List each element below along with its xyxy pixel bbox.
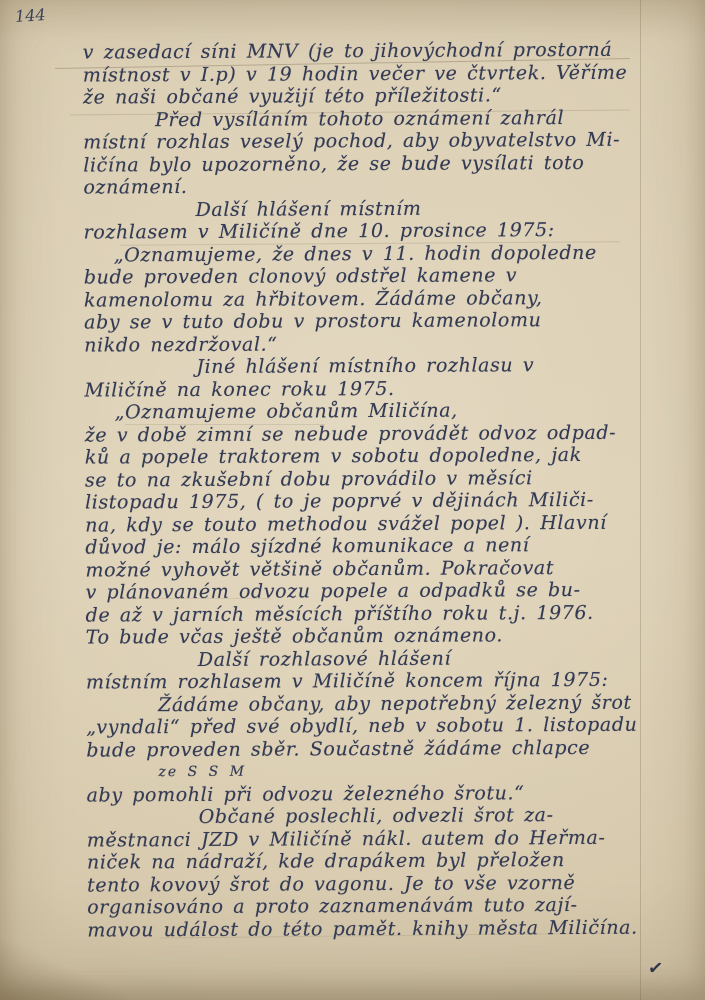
manuscript-line: ličína bylo upozorněno, že se bude vysíl… [83, 151, 668, 177]
manuscript-line: „Oznamujeme, že dnes v 11. hodin dopoled… [84, 241, 669, 267]
manuscript-line: Další hlášení místním [83, 196, 668, 222]
manuscript-line: že naši občané využijí této příležitosti… [83, 83, 668, 109]
manuscript-line: mavou událost do této pamět. knihy města… [87, 916, 672, 942]
manuscript-text: v zasedací síni MNV (je to jihovýchodní … [83, 38, 673, 941]
manuscript-line: místní rozhlas veselý pochod, aby obyvat… [83, 128, 668, 154]
manuscript-line: organisováno a proto zaznamenávám tuto z… [87, 893, 672, 919]
manuscript-line: tento kovový šrot do vagonu. Je to vše v… [87, 871, 672, 897]
manuscript-line: Miličíně na konec roku 1975. [84, 376, 669, 402]
manuscript-line: listopadu 1975, ( to je poprvé v dějinác… [85, 488, 670, 514]
manuscript-line: místnost v I.p) v 19 hodin večer ve čtvr… [83, 61, 668, 87]
manuscript-line: městnanci JZD v Miličíně nákl. autem do … [87, 826, 672, 852]
page-number: 144 [14, 5, 46, 26]
manuscript-line: de až v jarních měsících příštího roku t… [86, 601, 671, 627]
manuscript-line: možné vyhovět většině občanům. Pokračova… [85, 556, 670, 582]
manuscript-line: rozhlasem v Miličíně dne 10. prosince 19… [84, 218, 669, 244]
manuscript-line: bude proveden clonový odstřel kamene v [84, 263, 669, 289]
manuscript-line: se to na zkušební dobu provádilo v měsíc… [85, 466, 670, 492]
checkmark-icon: ✓ [647, 957, 665, 980]
manuscript-line: v zasedací síni MNV (je to jihovýchodní … [83, 38, 668, 64]
manuscript-line: ze S S M [86, 758, 671, 784]
manuscript-line: Další rozhlasové hlášení [86, 646, 671, 672]
manuscript-line: oznámení. [83, 173, 668, 199]
manuscript-line: Občané poslechli, odvezli šrot za- [87, 803, 672, 829]
manuscript-line: bude proveden sběr. Součastně žádáme chl… [86, 736, 671, 762]
manuscript-line: To bude včas ještě občanům oznámeno. [86, 623, 671, 649]
manuscript-line: kamenolomu za hřbitovem. Žádáme občany, [84, 286, 669, 312]
manuscript-line: ků a popele traktorem v sobotu dopoledne… [85, 443, 670, 469]
manuscript-line: na, kdy se touto methodou svážel popel )… [85, 511, 670, 537]
manuscript-line: „Oznamujeme občanům Miličína, [85, 398, 670, 424]
manuscript-line: Jiné hlášení místního rozhlasu v [84, 353, 669, 379]
manuscript-line: aby pomohli při odvozu železného šrotu.“ [87, 781, 672, 807]
manuscript-line: „vyndali“ před své obydlí, neb v sobotu … [86, 713, 671, 739]
manuscript-line: v plánovaném odvozu popele a odpadků se … [85, 578, 670, 604]
manuscript-line: nikdo nezdržoval.“ [84, 331, 669, 357]
manuscript-line: niček na nádraží, kde drapákem byl přelo… [87, 848, 672, 874]
manuscript-line: aby se v tuto dobu v prostoru kamenolomu [84, 308, 669, 334]
manuscript-line: místním rozhlasem v Miličíně koncem říjn… [86, 668, 671, 694]
manuscript-line: Před vysíláním tohoto oznámení zahrál [83, 106, 668, 132]
manuscript-line: že v době zimní se nebude provádět odvoz… [85, 421, 670, 447]
manuscript-lines: v zasedací síni MNV (je to jihovýchodní … [83, 38, 673, 941]
manuscript-line: důvod je: málo sjízdné komunikace a není [85, 533, 670, 559]
manuscript-line: Žádáme občany, aby nepotřebný železný šr… [86, 691, 671, 717]
